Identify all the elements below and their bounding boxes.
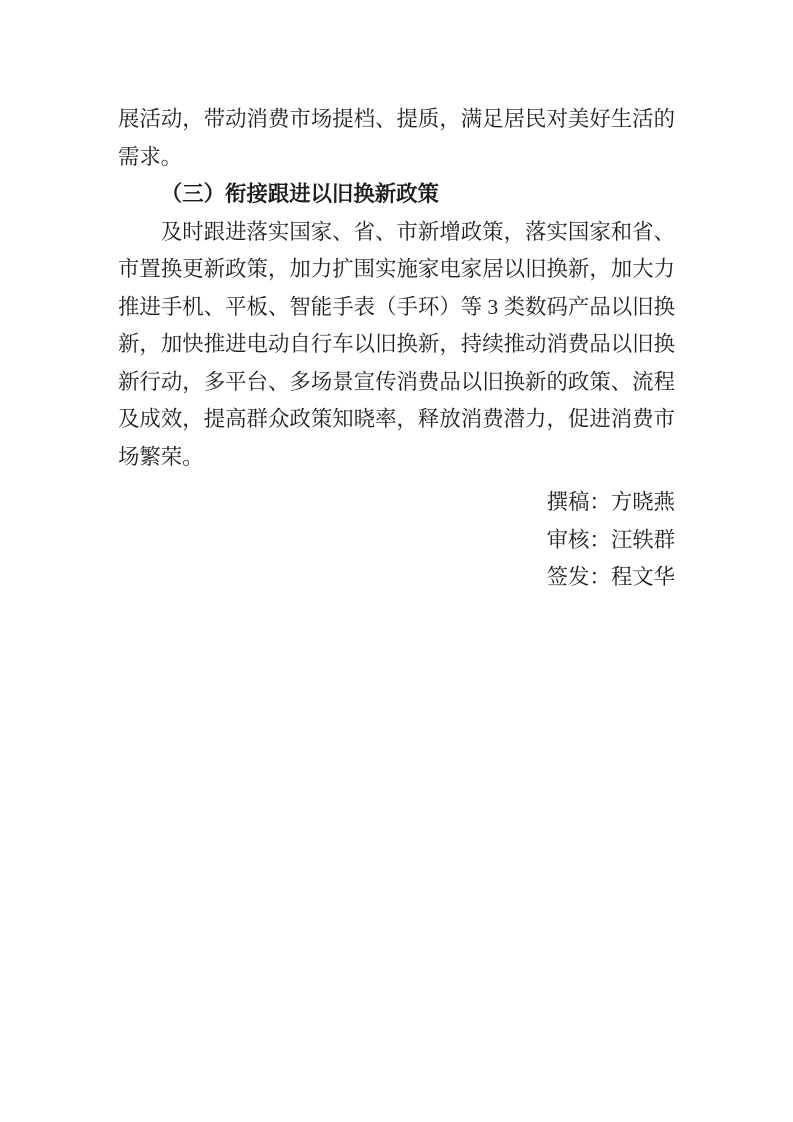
signature-block: 撰稿：方晓燕 审核：汪轶群 签发：程文华 [118, 484, 675, 597]
section-heading: （三）衔接跟进以旧换新政策 [118, 176, 675, 214]
signature-line-drafter: 撰稿：方晓燕 [118, 484, 675, 522]
signature-line-reviewer: 审核：汪轶群 [118, 522, 675, 560]
document-page: 展活动，带动消费市场提档、提质，满足居民对美好生活的需求。 （三）衔接跟进以旧换… [0, 0, 793, 1122]
signature-line-issuer: 签发：程文华 [118, 559, 675, 597]
paragraph-continuation: 展活动，带动消费市场提档、提质，满足居民对美好生活的需求。 [118, 101, 675, 176]
section-paragraph: 及时跟进落实国家、省、市新增政策，落实国家和省、市置换更新政策，加力扩围实施家电… [118, 214, 675, 477]
document-body: 展活动，带动消费市场提档、提质，满足居民对美好生活的需求。 （三）衔接跟进以旧换… [118, 101, 675, 597]
